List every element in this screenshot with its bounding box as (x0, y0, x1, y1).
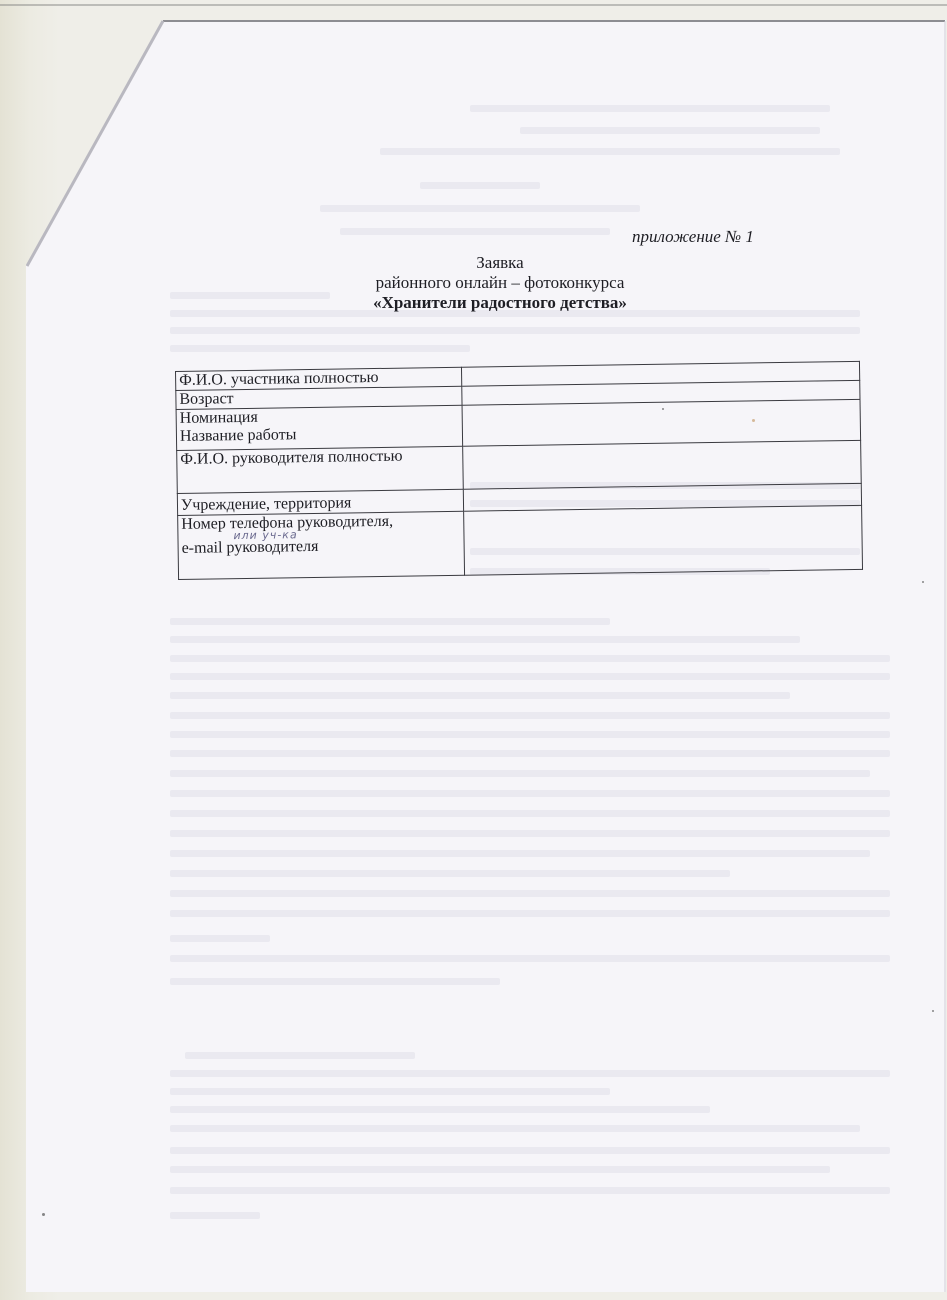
scan-speck (922, 581, 924, 583)
appendix-label: приложение № 1 (632, 227, 754, 247)
supervisor-name-field[interactable] (463, 440, 861, 489)
scan-edge-line (0, 4, 947, 6)
field-label: Ф.И.О. руководителя полностью (177, 446, 464, 493)
field-label: Номинация Название работы (176, 405, 463, 450)
supervisor-contacts-field[interactable] (464, 505, 863, 575)
scan-speck (42, 1213, 45, 1216)
document-title: Заявка районного онлайн – фотоконкурса «… (330, 253, 670, 313)
title-line-contest-name: «Хранители радостного детства» (330, 293, 670, 313)
field-label-work-title: Название работы (180, 424, 459, 446)
scan-speck (662, 408, 664, 410)
field-label-email: e-mail руководителя (182, 536, 461, 558)
nomination-title-field[interactable] (462, 399, 860, 446)
paper-sheet (26, 20, 946, 1292)
application-form-table: Ф.И.О. участника полностью Возраст Номин… (175, 361, 863, 580)
field-label: Номер телефона руководителя, или уч-ка e… (178, 511, 465, 579)
scan-speck (932, 1010, 934, 1012)
table-row-supervisor-contacts: Номер телефона руководителя, или уч-ка e… (178, 505, 863, 579)
title-line-contest: районного онлайн – фотоконкурса (330, 273, 670, 293)
title-line-application: Заявка (330, 253, 670, 273)
scan-speck (752, 419, 755, 422)
